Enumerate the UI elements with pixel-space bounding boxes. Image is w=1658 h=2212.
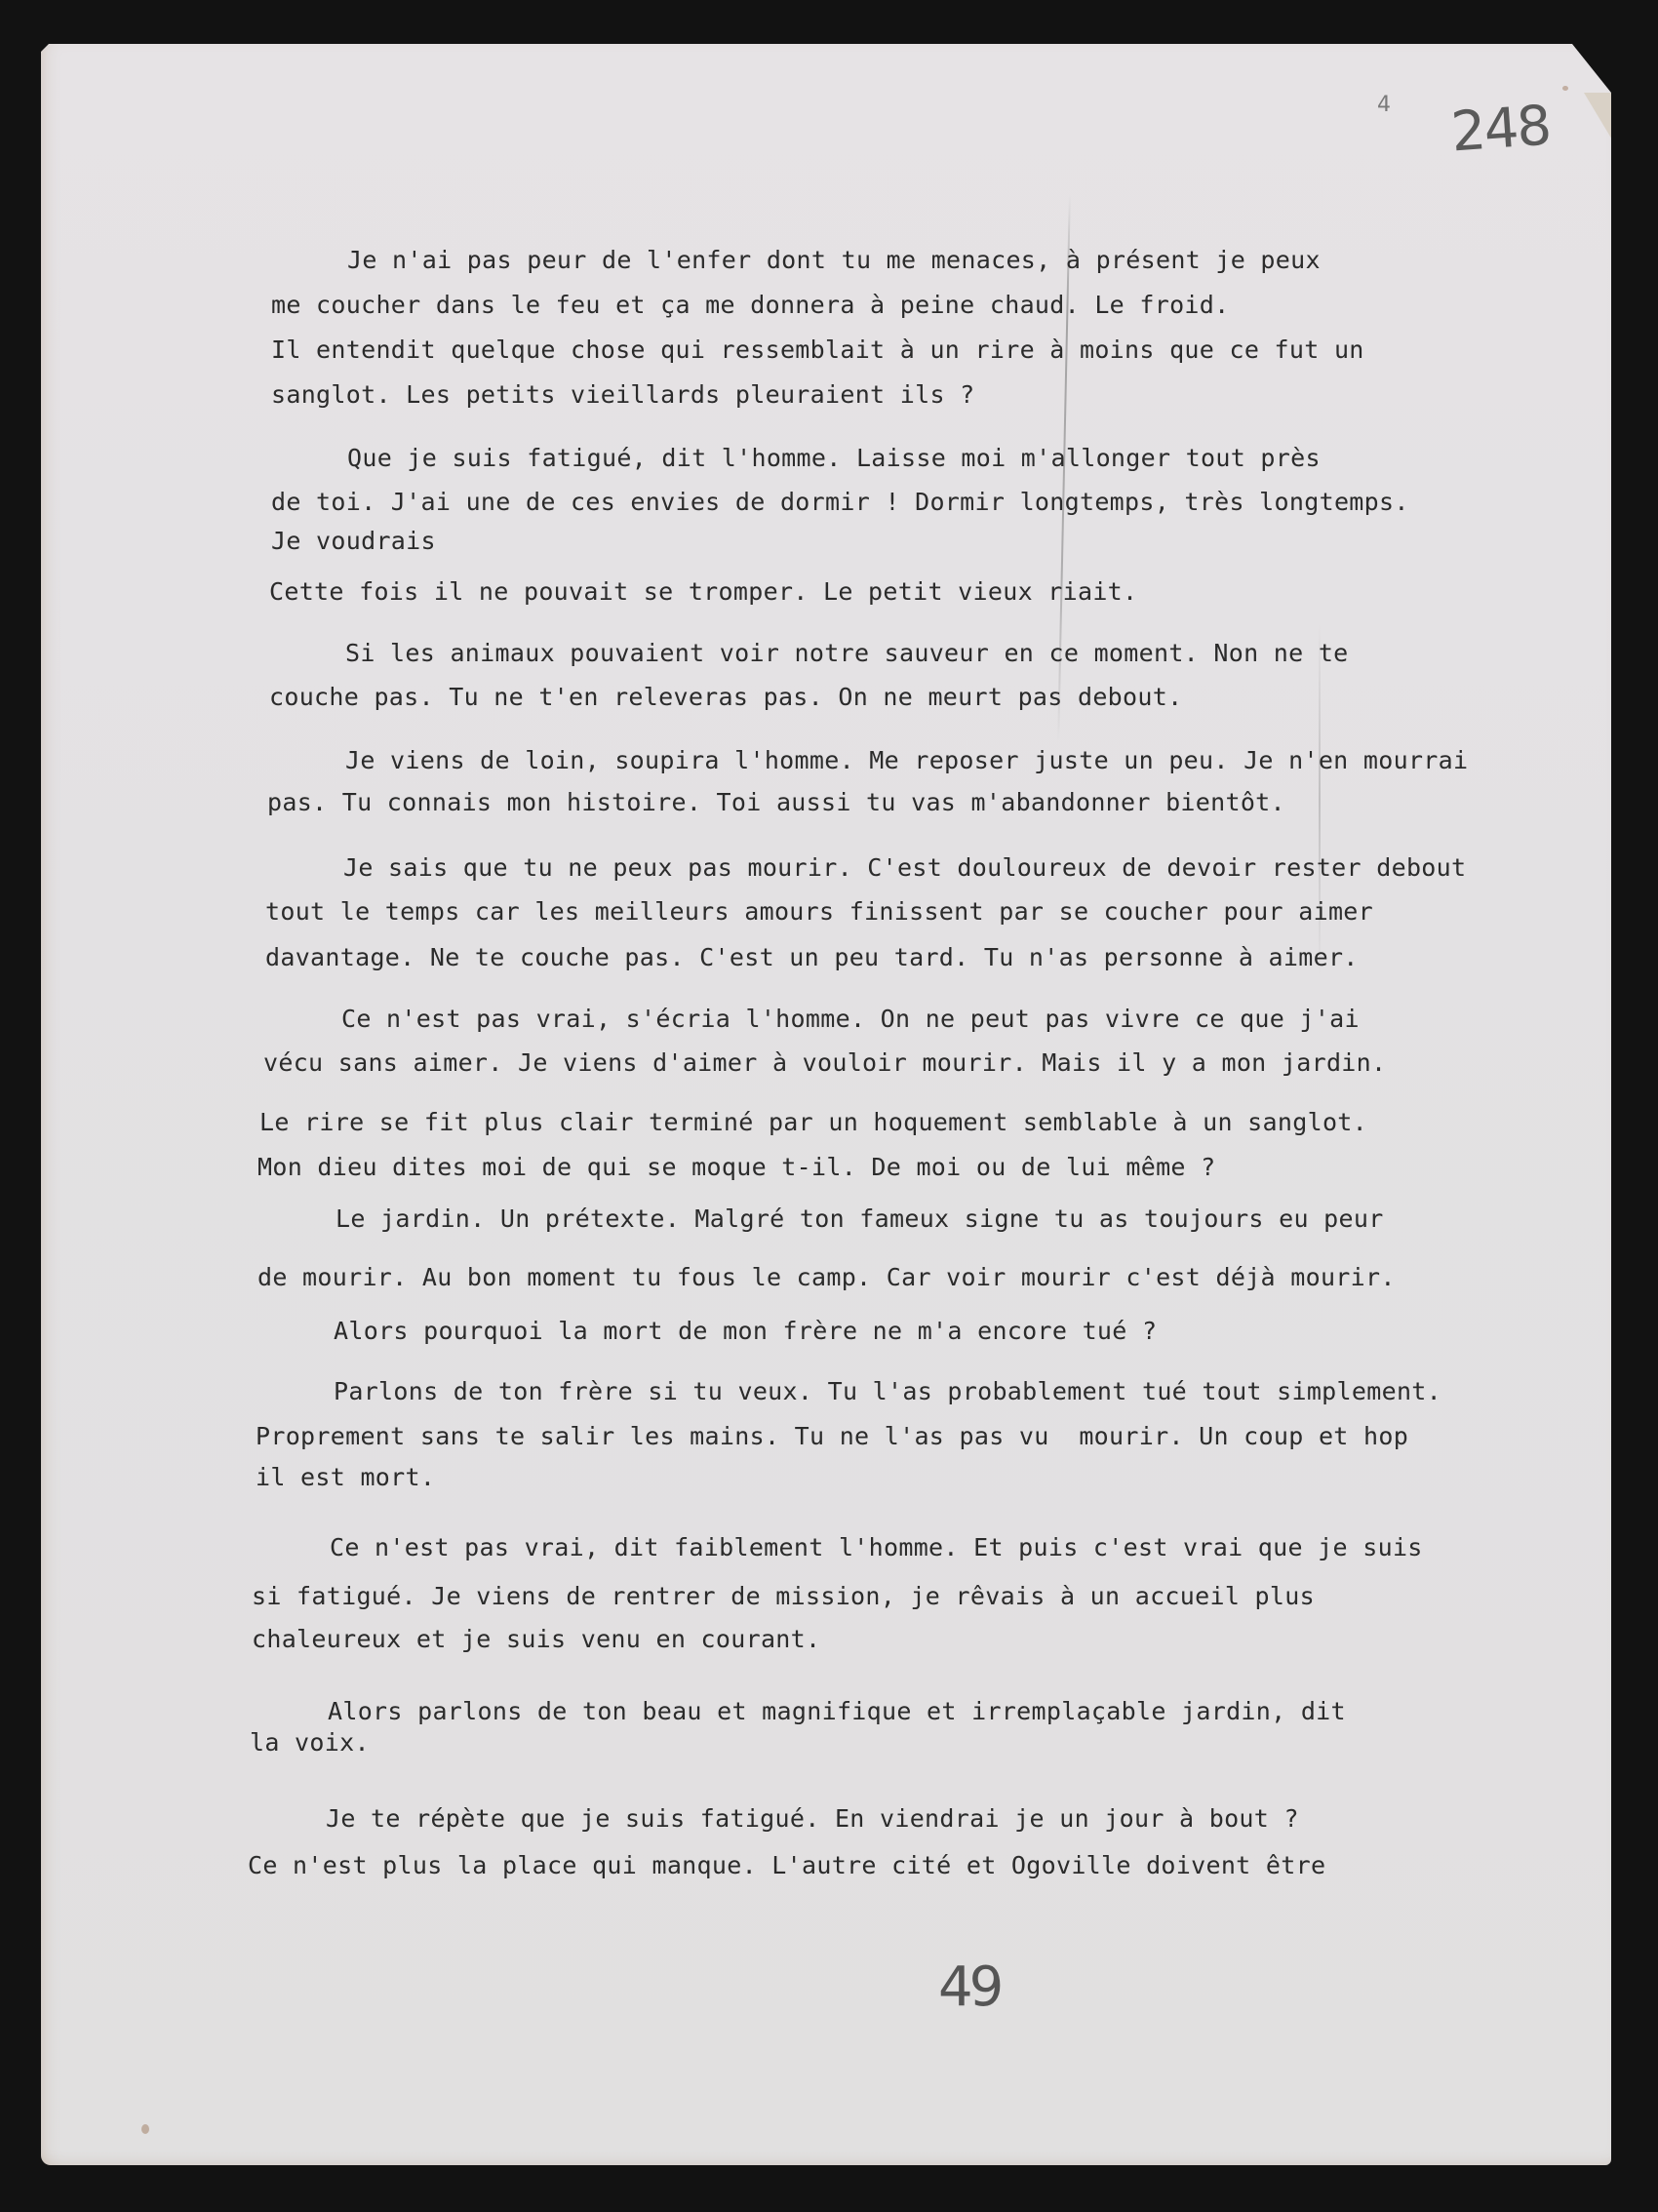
text-line: Mon dieu dites moi de qui se moque t-il.…: [257, 1153, 1215, 1181]
text-line: Ce n'est plus la place qui manque. L'aut…: [248, 1851, 1325, 1879]
text-line: me coucher dans le feu et ça me donnera …: [271, 291, 1229, 319]
text-line: de mourir. Au bon moment tu fous le camp…: [257, 1263, 1396, 1291]
text-line: Je voudrais: [271, 527, 436, 555]
text-line: Si les animaux pouvaient voir notre sauv…: [345, 639, 1349, 667]
text-line: tout le temps car les meilleurs amours f…: [265, 897, 1373, 926]
text-line: de toi. J'ai une de ces envies de dormir…: [271, 488, 1409, 516]
text-line: la voix.: [250, 1728, 370, 1757]
text-line: Cette fois il ne pouvait se tromper. Le …: [269, 577, 1137, 606]
text-line: Je te répète que je suis fatigué. En vie…: [326, 1804, 1299, 1833]
text-line: Il entendit quelque chose qui ressemblai…: [271, 336, 1364, 364]
text-line: Je sais que tu ne peux pas mourir. C'est…: [343, 853, 1466, 882]
text-line: Le jardin. Un prétexte. Malgré ton fameu…: [336, 1205, 1384, 1233]
text-line: pas. Tu connais mon histoire. Toi aussi …: [267, 788, 1285, 816]
text-line: Je viens de loin, soupira l'homme. Me re…: [345, 746, 1468, 774]
text-line: sanglot. Les petits vieillards pleuraien…: [271, 380, 975, 409]
text-line: Le rire se fit plus clair terminé par un…: [259, 1108, 1367, 1136]
text-line: chaleureux et je suis venu en courant.: [252, 1625, 820, 1653]
page-number: 49: [938, 1955, 1000, 2019]
text-line: couche pas. Tu ne t'en releveras pas. On…: [269, 683, 1182, 711]
text-line: Ce n'est pas vrai, s'écria l'homme. On n…: [341, 1005, 1360, 1033]
text-line: si fatigué. Je viens de rentrer de missi…: [252, 1582, 1315, 1610]
typewritten-text: Je n'ai pas peur de l'enfer dont tu me m…: [0, 0, 1658, 2212]
text-line: il est mort.: [256, 1463, 435, 1491]
text-line: Alors pourquoi la mort de mon frère ne m…: [334, 1317, 1157, 1345]
text-line: Alors parlons de ton beau et magnifique …: [328, 1697, 1346, 1725]
text-line: vécu sans aimer. Je viens d'aimer à voul…: [263, 1048, 1386, 1077]
text-line: Que je suis fatigué, dit l'homme. Laisse…: [347, 444, 1321, 472]
text-line: Parlons de ton frère si tu veux. Tu l'as…: [334, 1377, 1441, 1405]
text-line: Proprement sans te salir les mains. Tu n…: [256, 1422, 1408, 1450]
text-line: Je n'ai pas peur de l'enfer dont tu me m…: [347, 246, 1321, 274]
text-line: Ce n'est pas vrai, dit faiblement l'homm…: [330, 1533, 1423, 1561]
text-line: davantage. Ne te couche pas. C'est un pe…: [265, 943, 1359, 971]
